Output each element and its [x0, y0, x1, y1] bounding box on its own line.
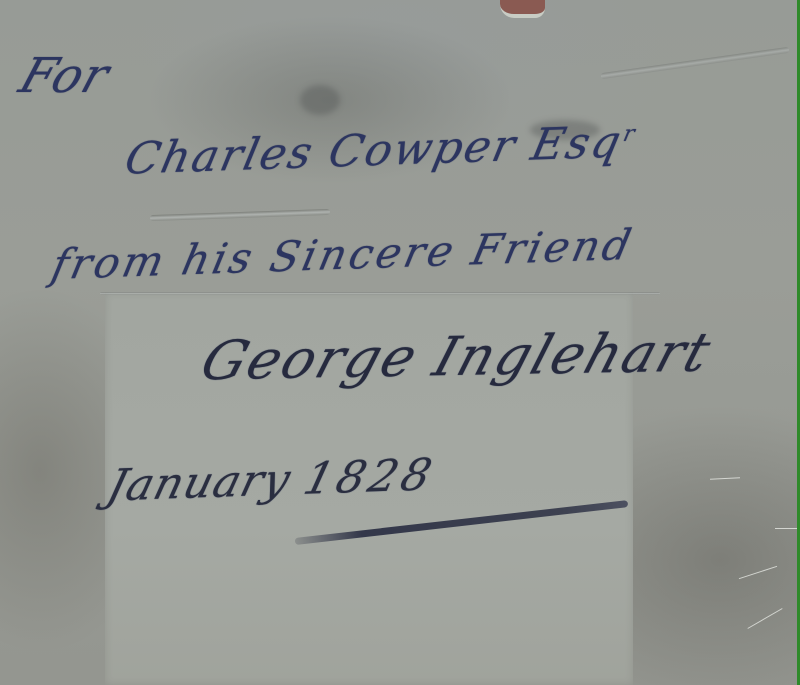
salutation-text: For	[13, 48, 117, 104]
scratch-mark	[775, 528, 797, 529]
signature: George Inglehart	[194, 321, 720, 393]
date-year: 1828	[299, 449, 441, 504]
recipient-title: Esq	[527, 117, 628, 171]
date-month: January	[102, 454, 296, 511]
ink-smudge	[300, 85, 340, 115]
paper-crease	[100, 292, 660, 295]
red-stain-mark	[500, 0, 545, 18]
